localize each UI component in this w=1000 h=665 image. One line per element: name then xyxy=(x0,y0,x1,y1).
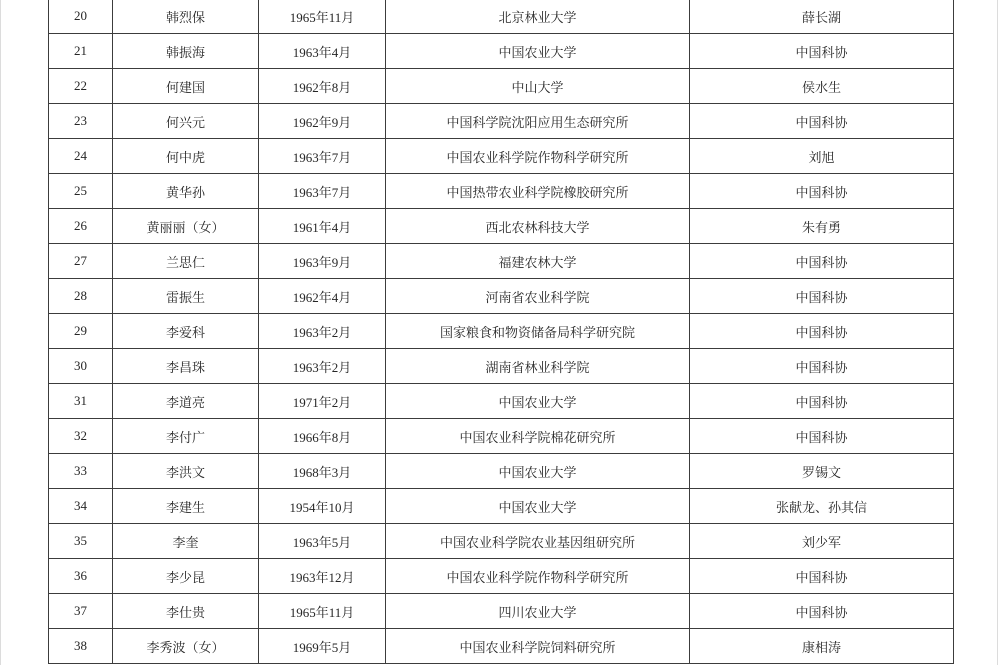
table-row: 25黄华孙1963年7月中国热带农业科学院橡胶研究所中国科协 xyxy=(49,174,954,209)
cell-row-number: 27 xyxy=(49,244,113,279)
cell-name: 李仕贵 xyxy=(113,594,259,629)
cell-birth-date: 1963年12月 xyxy=(259,559,386,594)
cell-institution: 国家粮食和物资储备局科学研究院 xyxy=(386,314,690,349)
cell-birth-date: 1966年8月 xyxy=(259,419,386,454)
cell-name: 李爱科 xyxy=(113,314,259,349)
cell-nominator: 中国科协 xyxy=(690,34,954,69)
cell-institution: 中国农业科学院饲料研究所 xyxy=(386,629,690,664)
cell-institution: 中国农业科学院农业基因组研究所 xyxy=(386,524,690,559)
table-body: 20韩烈保1965年11月北京林业大学薛长湖21韩振海1963年4月中国农业大学… xyxy=(49,0,954,664)
cell-nominator: 薛长湖 xyxy=(690,0,954,34)
table-row: 32李付广1966年8月中国农业科学院棉花研究所中国科协 xyxy=(49,419,954,454)
cell-row-number: 30 xyxy=(49,349,113,384)
table-row: 20韩烈保1965年11月北京林业大学薛长湖 xyxy=(49,0,954,34)
table-row: 35李奎1963年5月中国农业科学院农业基因组研究所刘少军 xyxy=(49,524,954,559)
cell-name: 何中虎 xyxy=(113,139,259,174)
table-row: 34李建生1954年10月中国农业大学张献龙、孙其信 xyxy=(49,489,954,524)
cell-row-number: 36 xyxy=(49,559,113,594)
cell-row-number: 23 xyxy=(49,104,113,139)
cell-institution: 西北农林科技大学 xyxy=(386,209,690,244)
table-row: 26黄丽丽（女）1961年4月西北农林科技大学朱有勇 xyxy=(49,209,954,244)
cell-nominator: 中国科协 xyxy=(690,559,954,594)
cell-name: 何兴元 xyxy=(113,104,259,139)
table-row: 38李秀波（女）1969年5月中国农业科学院饲料研究所康相涛 xyxy=(49,629,954,664)
cell-birth-date: 1963年4月 xyxy=(259,34,386,69)
cell-nominator: 中国科协 xyxy=(690,104,954,139)
cell-name: 李付广 xyxy=(113,419,259,454)
cell-birth-date: 1962年8月 xyxy=(259,69,386,104)
cell-name: 李少昆 xyxy=(113,559,259,594)
cell-name: 黄丽丽（女） xyxy=(113,209,259,244)
cell-institution: 福建农林大学 xyxy=(386,244,690,279)
cell-row-number: 25 xyxy=(49,174,113,209)
cell-nominator: 朱有勇 xyxy=(690,209,954,244)
cell-institution: 中国农业科学院作物科学研究所 xyxy=(386,139,690,174)
cell-institution: 中国热带农业科学院橡胶研究所 xyxy=(386,174,690,209)
cell-birth-date: 1963年2月 xyxy=(259,349,386,384)
cell-nominator: 罗锡文 xyxy=(690,454,954,489)
cell-birth-date: 1963年7月 xyxy=(259,139,386,174)
cell-institution: 中国科学院沈阳应用生态研究所 xyxy=(386,104,690,139)
cell-name: 李奎 xyxy=(113,524,259,559)
candidates-table: 20韩烈保1965年11月北京林业大学薛长湖21韩振海1963年4月中国农业大学… xyxy=(48,0,954,664)
cell-row-number: 32 xyxy=(49,419,113,454)
cell-row-number: 24 xyxy=(49,139,113,174)
cell-institution: 中国农业大学 xyxy=(386,34,690,69)
cell-birth-date: 1971年2月 xyxy=(259,384,386,419)
cell-institution: 湖南省林业科学院 xyxy=(386,349,690,384)
cell-birth-date: 1965年11月 xyxy=(259,594,386,629)
cell-row-number: 21 xyxy=(49,34,113,69)
cell-institution: 中国农业大学 xyxy=(386,454,690,489)
table-row: 30李昌珠1963年2月湖南省林业科学院中国科协 xyxy=(49,349,954,384)
table-row: 37李仕贵1965年11月四川农业大学中国科协 xyxy=(49,594,954,629)
table-row: 28雷振生1962年4月河南省农业科学院中国科协 xyxy=(49,279,954,314)
cell-row-number: 29 xyxy=(49,314,113,349)
cell-name: 雷振生 xyxy=(113,279,259,314)
cell-birth-date: 1969年5月 xyxy=(259,629,386,664)
cell-nominator: 侯水生 xyxy=(690,69,954,104)
cell-row-number: 34 xyxy=(49,489,113,524)
cell-nominator: 张献龙、孙其信 xyxy=(690,489,954,524)
cell-name: 李道亮 xyxy=(113,384,259,419)
table-row: 24何中虎1963年7月中国农业科学院作物科学研究所刘旭 xyxy=(49,139,954,174)
cell-birth-date: 1963年9月 xyxy=(259,244,386,279)
cell-nominator: 中国科协 xyxy=(690,349,954,384)
cell-nominator: 中国科协 xyxy=(690,244,954,279)
cell-row-number: 26 xyxy=(49,209,113,244)
cell-name: 何建国 xyxy=(113,69,259,104)
cell-birth-date: 1963年2月 xyxy=(259,314,386,349)
cell-institution: 河南省农业科学院 xyxy=(386,279,690,314)
cell-nominator: 刘少军 xyxy=(690,524,954,559)
cell-name: 黄华孙 xyxy=(113,174,259,209)
table-row: 31李道亮1971年2月中国农业大学中国科协 xyxy=(49,384,954,419)
cell-row-number: 35 xyxy=(49,524,113,559)
cell-nominator: 中国科协 xyxy=(690,419,954,454)
cell-name: 兰思仁 xyxy=(113,244,259,279)
cell-row-number: 22 xyxy=(49,69,113,104)
cell-row-number: 28 xyxy=(49,279,113,314)
table-row: 22何建国1962年8月中山大学侯水生 xyxy=(49,69,954,104)
page-edge-right-line xyxy=(997,0,998,665)
cell-birth-date: 1962年4月 xyxy=(259,279,386,314)
cell-birth-date: 1961年4月 xyxy=(259,209,386,244)
cell-name: 李秀波（女） xyxy=(113,629,259,664)
cell-birth-date: 1963年7月 xyxy=(259,174,386,209)
cell-institution: 北京林业大学 xyxy=(386,0,690,34)
cell-institution: 中山大学 xyxy=(386,69,690,104)
cell-birth-date: 1962年9月 xyxy=(259,104,386,139)
cell-birth-date: 1954年10月 xyxy=(259,489,386,524)
cell-nominator: 康相涛 xyxy=(690,629,954,664)
cell-institution: 中国农业科学院作物科学研究所 xyxy=(386,559,690,594)
document-page: 20韩烈保1965年11月北京林业大学薛长湖21韩振海1963年4月中国农业大学… xyxy=(0,0,1000,665)
cell-birth-date: 1968年3月 xyxy=(259,454,386,489)
table-row: 29李爱科1963年2月国家粮食和物资储备局科学研究院中国科协 xyxy=(49,314,954,349)
cell-institution: 四川农业大学 xyxy=(386,594,690,629)
cell-row-number: 38 xyxy=(49,629,113,664)
table-row: 33李洪文1968年3月中国农业大学罗锡文 xyxy=(49,454,954,489)
cell-name: 韩振海 xyxy=(113,34,259,69)
cell-institution: 中国农业大学 xyxy=(386,384,690,419)
cell-nominator: 中国科协 xyxy=(690,384,954,419)
table-row: 21韩振海1963年4月中国农业大学中国科协 xyxy=(49,34,954,69)
cell-name: 李建生 xyxy=(113,489,259,524)
cell-nominator: 中国科协 xyxy=(690,594,954,629)
cell-institution: 中国农业科学院棉花研究所 xyxy=(386,419,690,454)
cell-nominator: 中国科协 xyxy=(690,174,954,209)
table-row: 23何兴元1962年9月中国科学院沈阳应用生态研究所中国科协 xyxy=(49,104,954,139)
cell-row-number: 31 xyxy=(49,384,113,419)
cell-name: 李洪文 xyxy=(113,454,259,489)
cell-row-number: 20 xyxy=(49,0,113,34)
page-edge-left-line xyxy=(0,0,1,665)
cell-birth-date: 1963年5月 xyxy=(259,524,386,559)
table-row: 27兰思仁1963年9月福建农林大学中国科协 xyxy=(49,244,954,279)
table-row: 36李少昆1963年12月中国农业科学院作物科学研究所中国科协 xyxy=(49,559,954,594)
cell-nominator: 中国科协 xyxy=(690,279,954,314)
cell-nominator: 中国科协 xyxy=(690,314,954,349)
cell-institution: 中国农业大学 xyxy=(386,489,690,524)
cell-birth-date: 1965年11月 xyxy=(259,0,386,34)
cell-row-number: 33 xyxy=(49,454,113,489)
cell-name: 韩烈保 xyxy=(113,0,259,34)
cell-name: 李昌珠 xyxy=(113,349,259,384)
cell-nominator: 刘旭 xyxy=(690,139,954,174)
cell-row-number: 37 xyxy=(49,594,113,629)
